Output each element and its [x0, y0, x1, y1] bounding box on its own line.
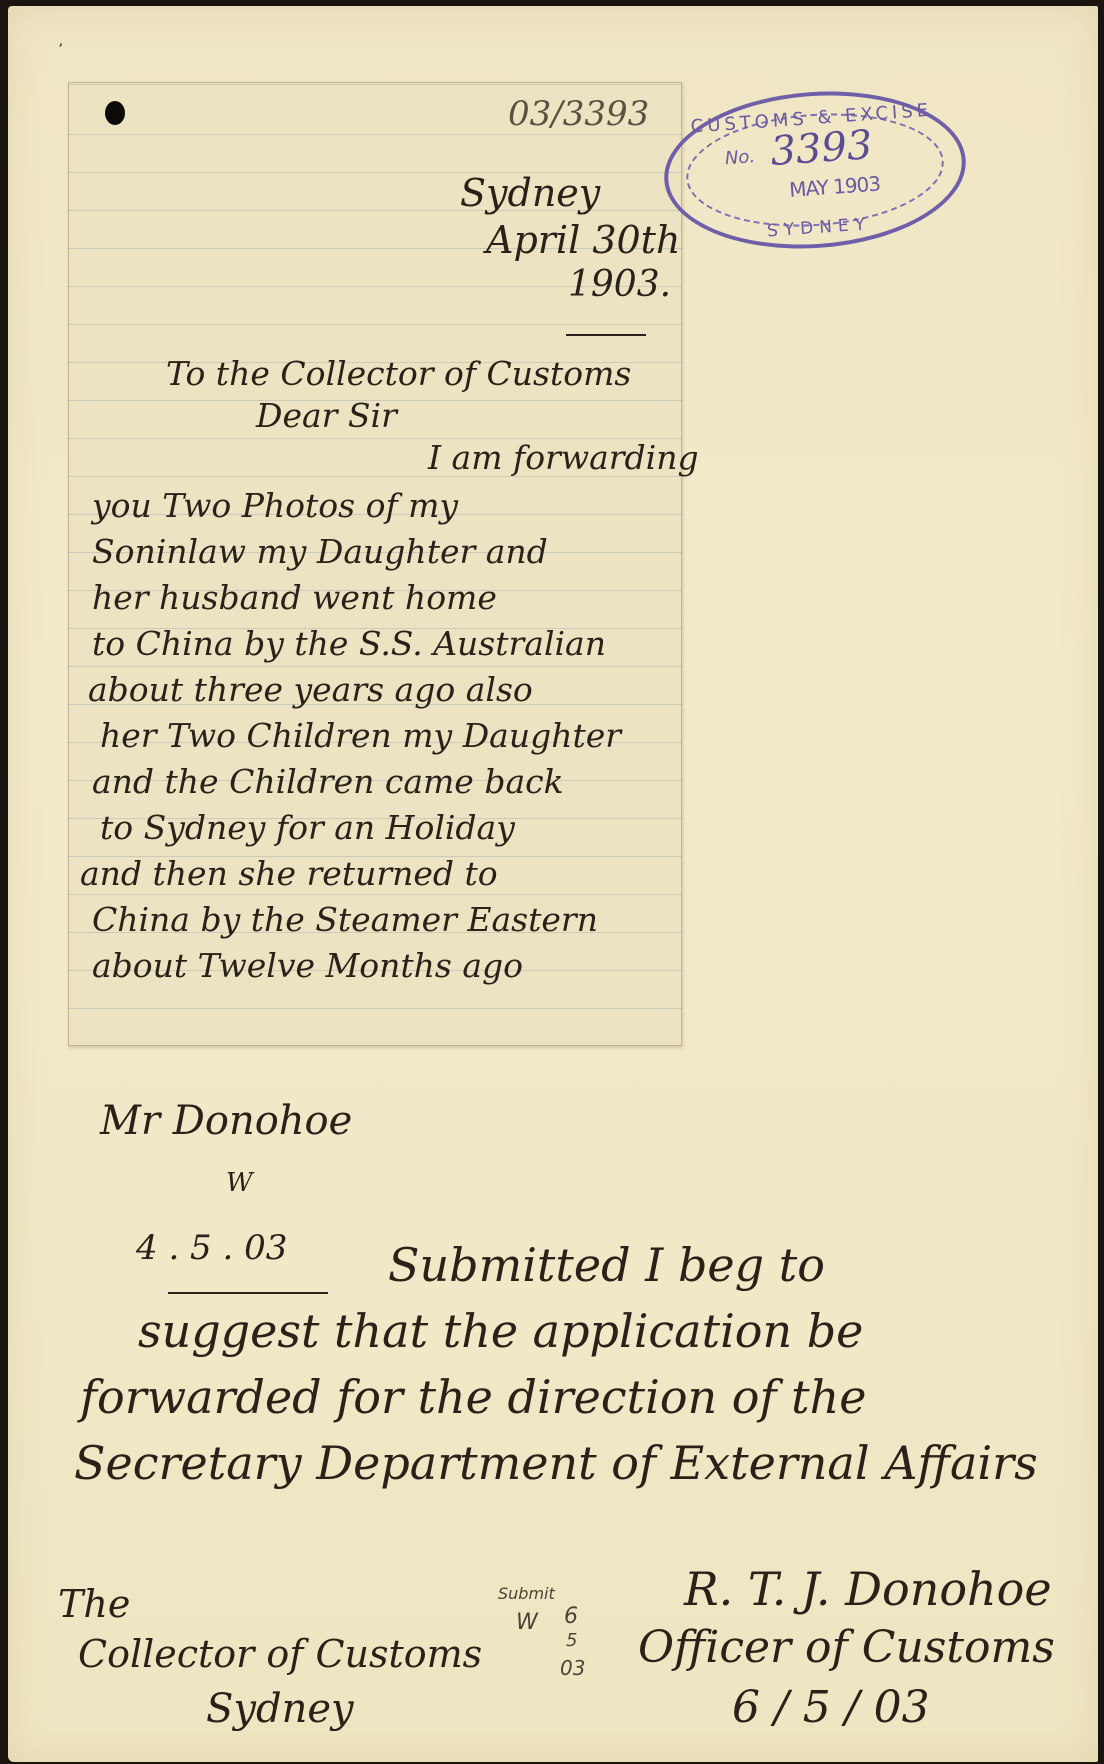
letter-body-line: and the Children came back — [92, 762, 564, 801]
customs-stamp: CUSTOMS & EXCISE No. 3393 MAY 1903 SYDNE… — [659, 82, 971, 259]
letter-body-line: about three years ago also — [88, 670, 533, 709]
minute-line: suggest that the application be — [138, 1304, 863, 1358]
letter-body-line: I am forwarding — [428, 438, 699, 477]
stamp-number-label: No. — [724, 146, 756, 169]
letter-body-line: and then she returned to — [80, 854, 498, 893]
addressee-title: Collector of Customs — [78, 1632, 482, 1676]
letter-body-line: about Twelve Months ago — [92, 946, 523, 985]
initials: W — [226, 1168, 253, 1198]
addressee-label: The — [58, 1582, 130, 1626]
letter-body-line: Soninlaw my Daughter and — [92, 532, 548, 571]
officer-date: 6 / 5 / 03 — [732, 1682, 930, 1733]
submission-initials: W — [516, 1610, 538, 1635]
minute-line: forwarded for the direction of the — [80, 1370, 866, 1424]
addressee-signature: Mr Donohoe — [100, 1098, 352, 1144]
letter-salutation: Dear Sir — [256, 396, 397, 435]
submission-date-bottom: 03 — [560, 1656, 585, 1680]
letter-addressee: To the Collector of Customs — [166, 354, 631, 393]
officer-signature: R. T. J. Donohoe — [684, 1562, 1052, 1616]
punch-hole-icon — [105, 101, 125, 125]
minute-line: Secretary Department of External Affairs — [74, 1436, 1038, 1490]
reference-number: 03/3393 — [508, 94, 649, 134]
submission-note: Submit — [498, 1584, 555, 1603]
submission-date-top: 6 — [564, 1604, 578, 1629]
minute-line: Submitted I beg to — [388, 1238, 825, 1292]
corner-mark: ʼ — [58, 42, 62, 58]
letter-body-line: you Two Photos of my — [92, 486, 458, 525]
letter-place: Sydney — [460, 171, 600, 215]
letter-body-line: to Sydney for an Holiday — [100, 808, 515, 847]
divider — [566, 334, 646, 336]
document-sheet: ʼ 03/3393 Sydney April 30th 1903. To the… — [8, 6, 1098, 1762]
letter-body-line: to China by the S.S. Australian — [92, 624, 606, 663]
divider — [168, 1292, 328, 1294]
letter-body-line: China by the Steamer Eastern — [92, 900, 598, 939]
submission-date-mid: 5 — [566, 1630, 577, 1651]
letter-date: April 30th — [486, 218, 680, 262]
letter-body-line: her Two Children my Daughter — [100, 716, 621, 755]
addressee-place: Sydney — [206, 1686, 354, 1732]
letter-year: 1903. — [568, 264, 671, 305]
letter-body-line: her husband went home — [92, 578, 497, 617]
referral-date: 4 . 5 . 03 — [136, 1228, 287, 1268]
stamp-number: 3393 — [769, 122, 874, 175]
officer-title: Officer of Customs — [638, 1622, 1055, 1673]
